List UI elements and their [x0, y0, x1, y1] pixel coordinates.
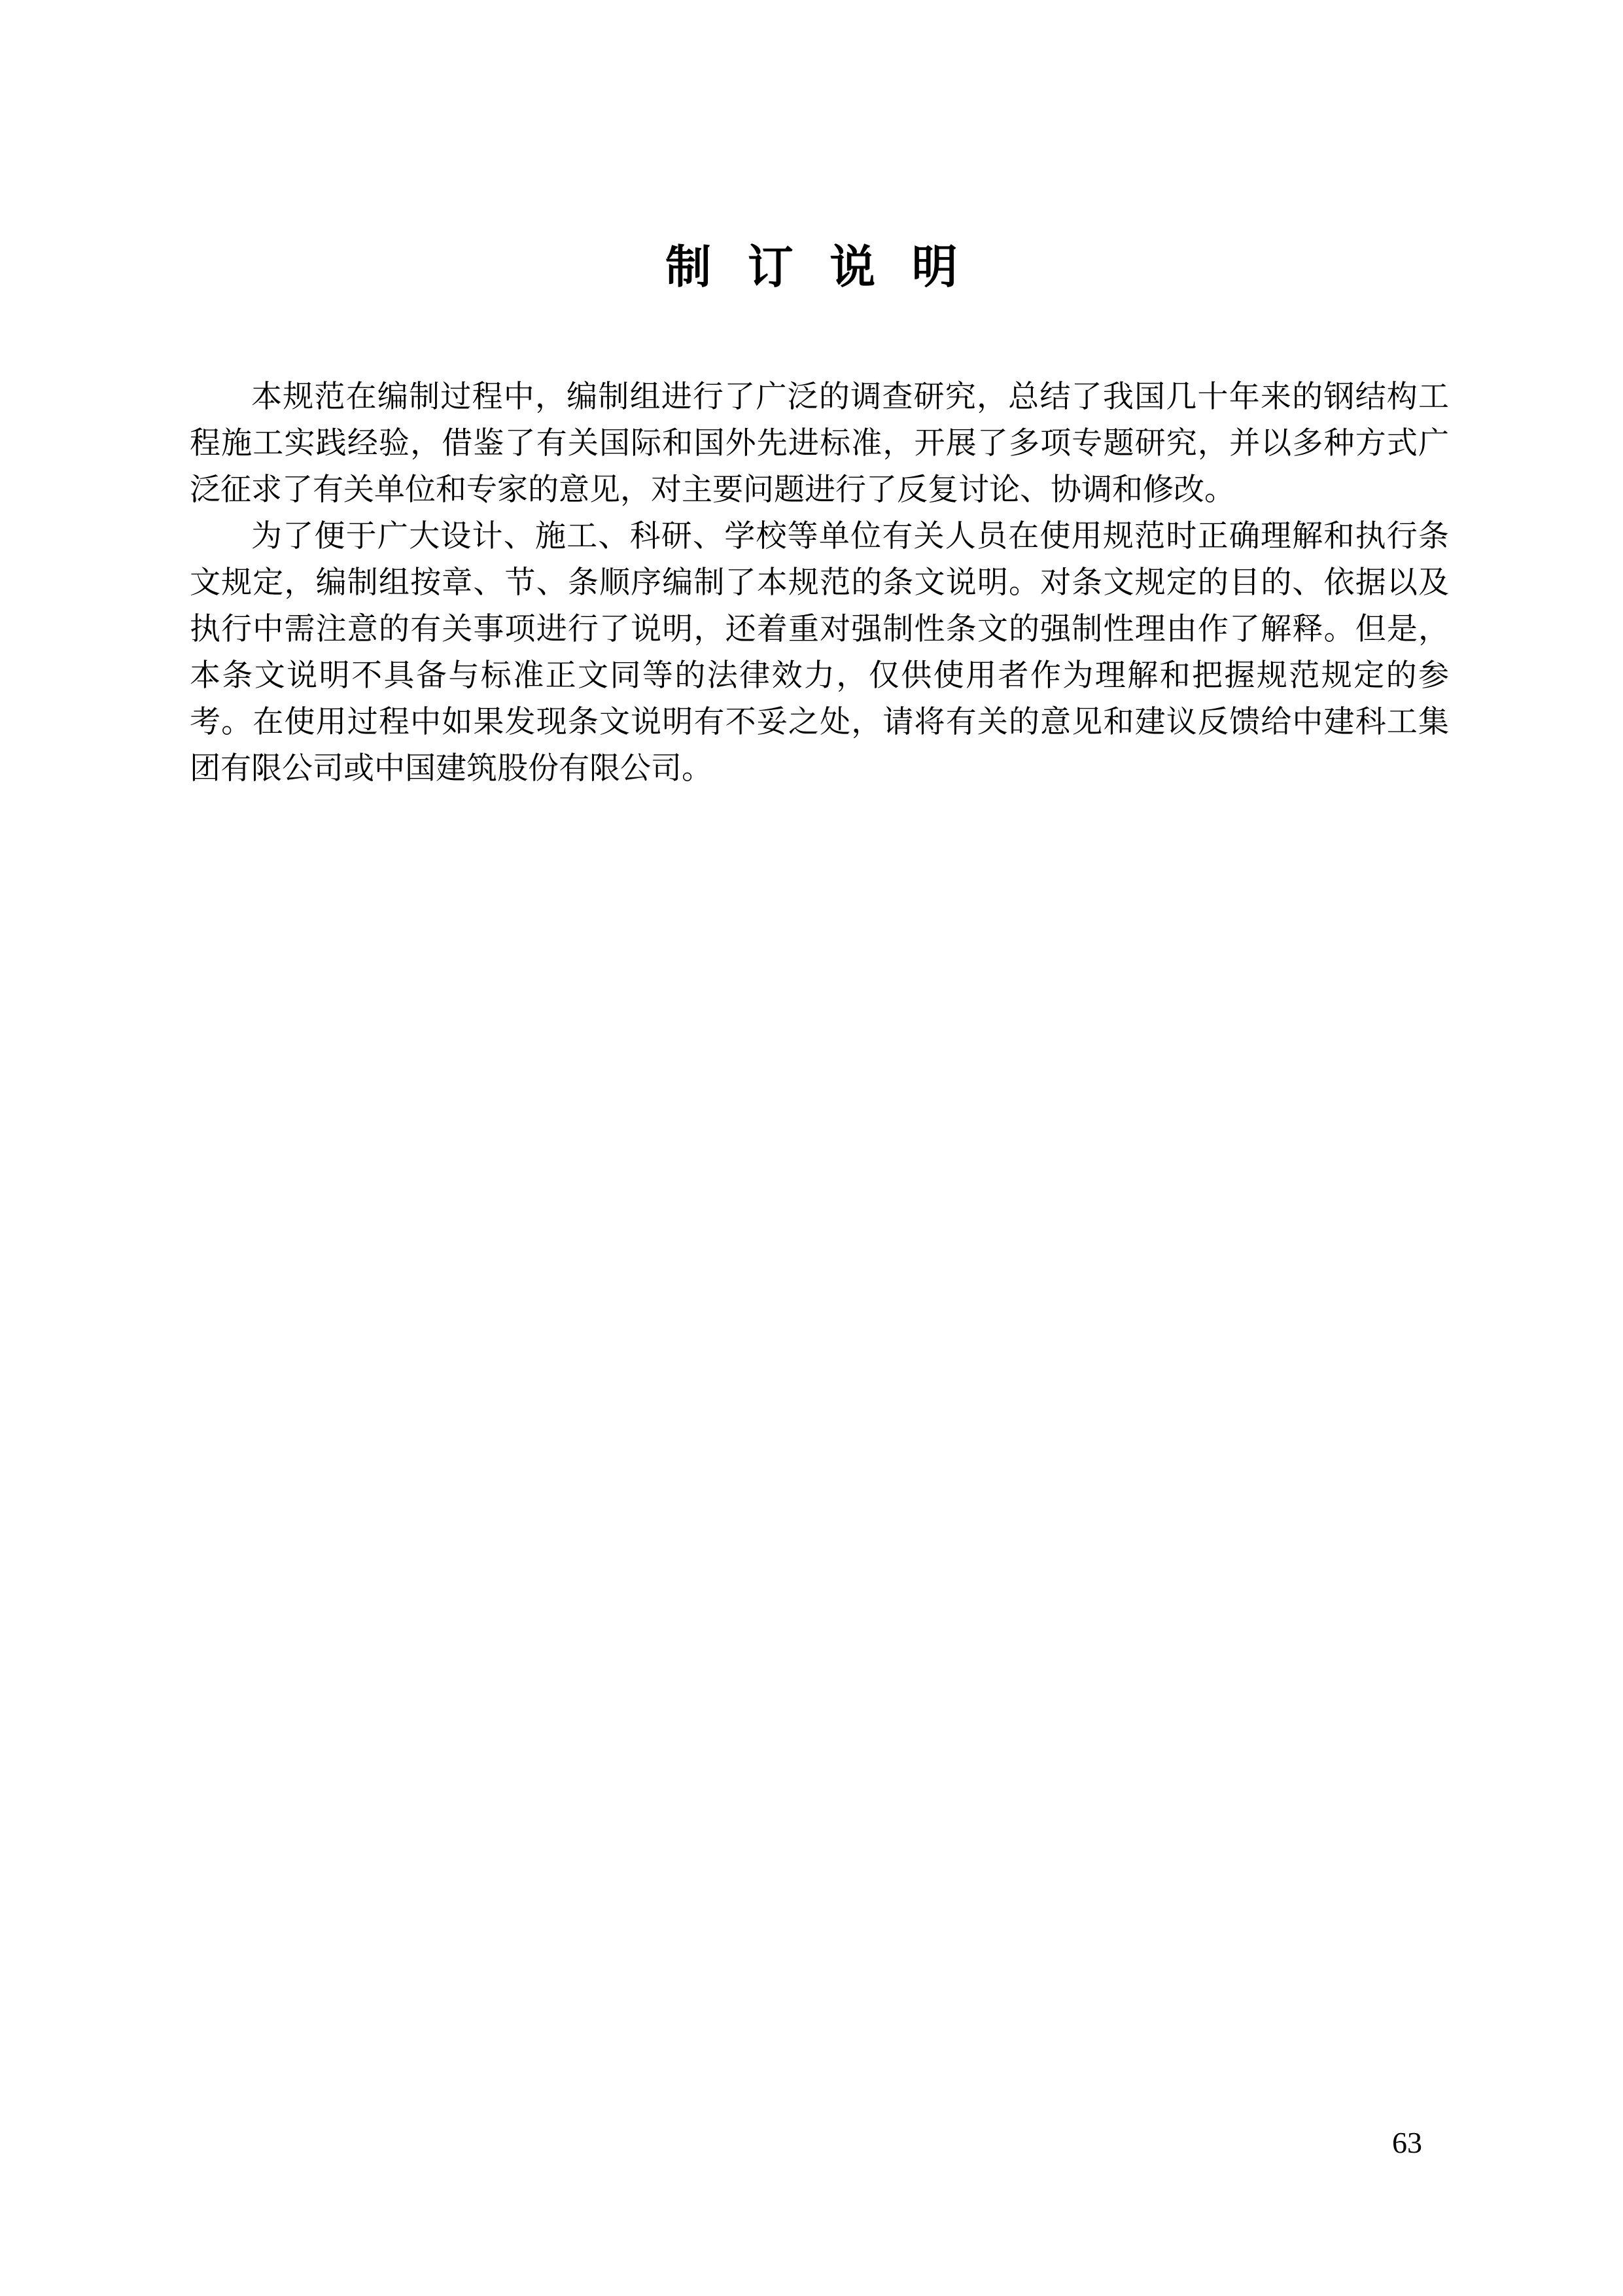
- page-title: 制 订 说 明: [0, 230, 1623, 296]
- paragraph-1: 本规范在编制过程中，编制组进行了广泛的调查研究，总结了我国几十年来的钢结构工程施…: [190, 374, 1449, 514]
- paragraph-2: 为了便于广大设计、施工、科研、学校等单位有关人员在使用规范时正确理解和执行条文规…: [190, 514, 1449, 792]
- page-number: 63: [1392, 2127, 1422, 2160]
- document-page: 制 订 说 明 本规范在编制过程中，编制组进行了广泛的调查研究，总结了我国几十年…: [0, 0, 1623, 2296]
- body-text: 本规范在编制过程中，编制组进行了广泛的调查研究，总结了我国几十年来的钢结构工程施…: [190, 374, 1449, 792]
